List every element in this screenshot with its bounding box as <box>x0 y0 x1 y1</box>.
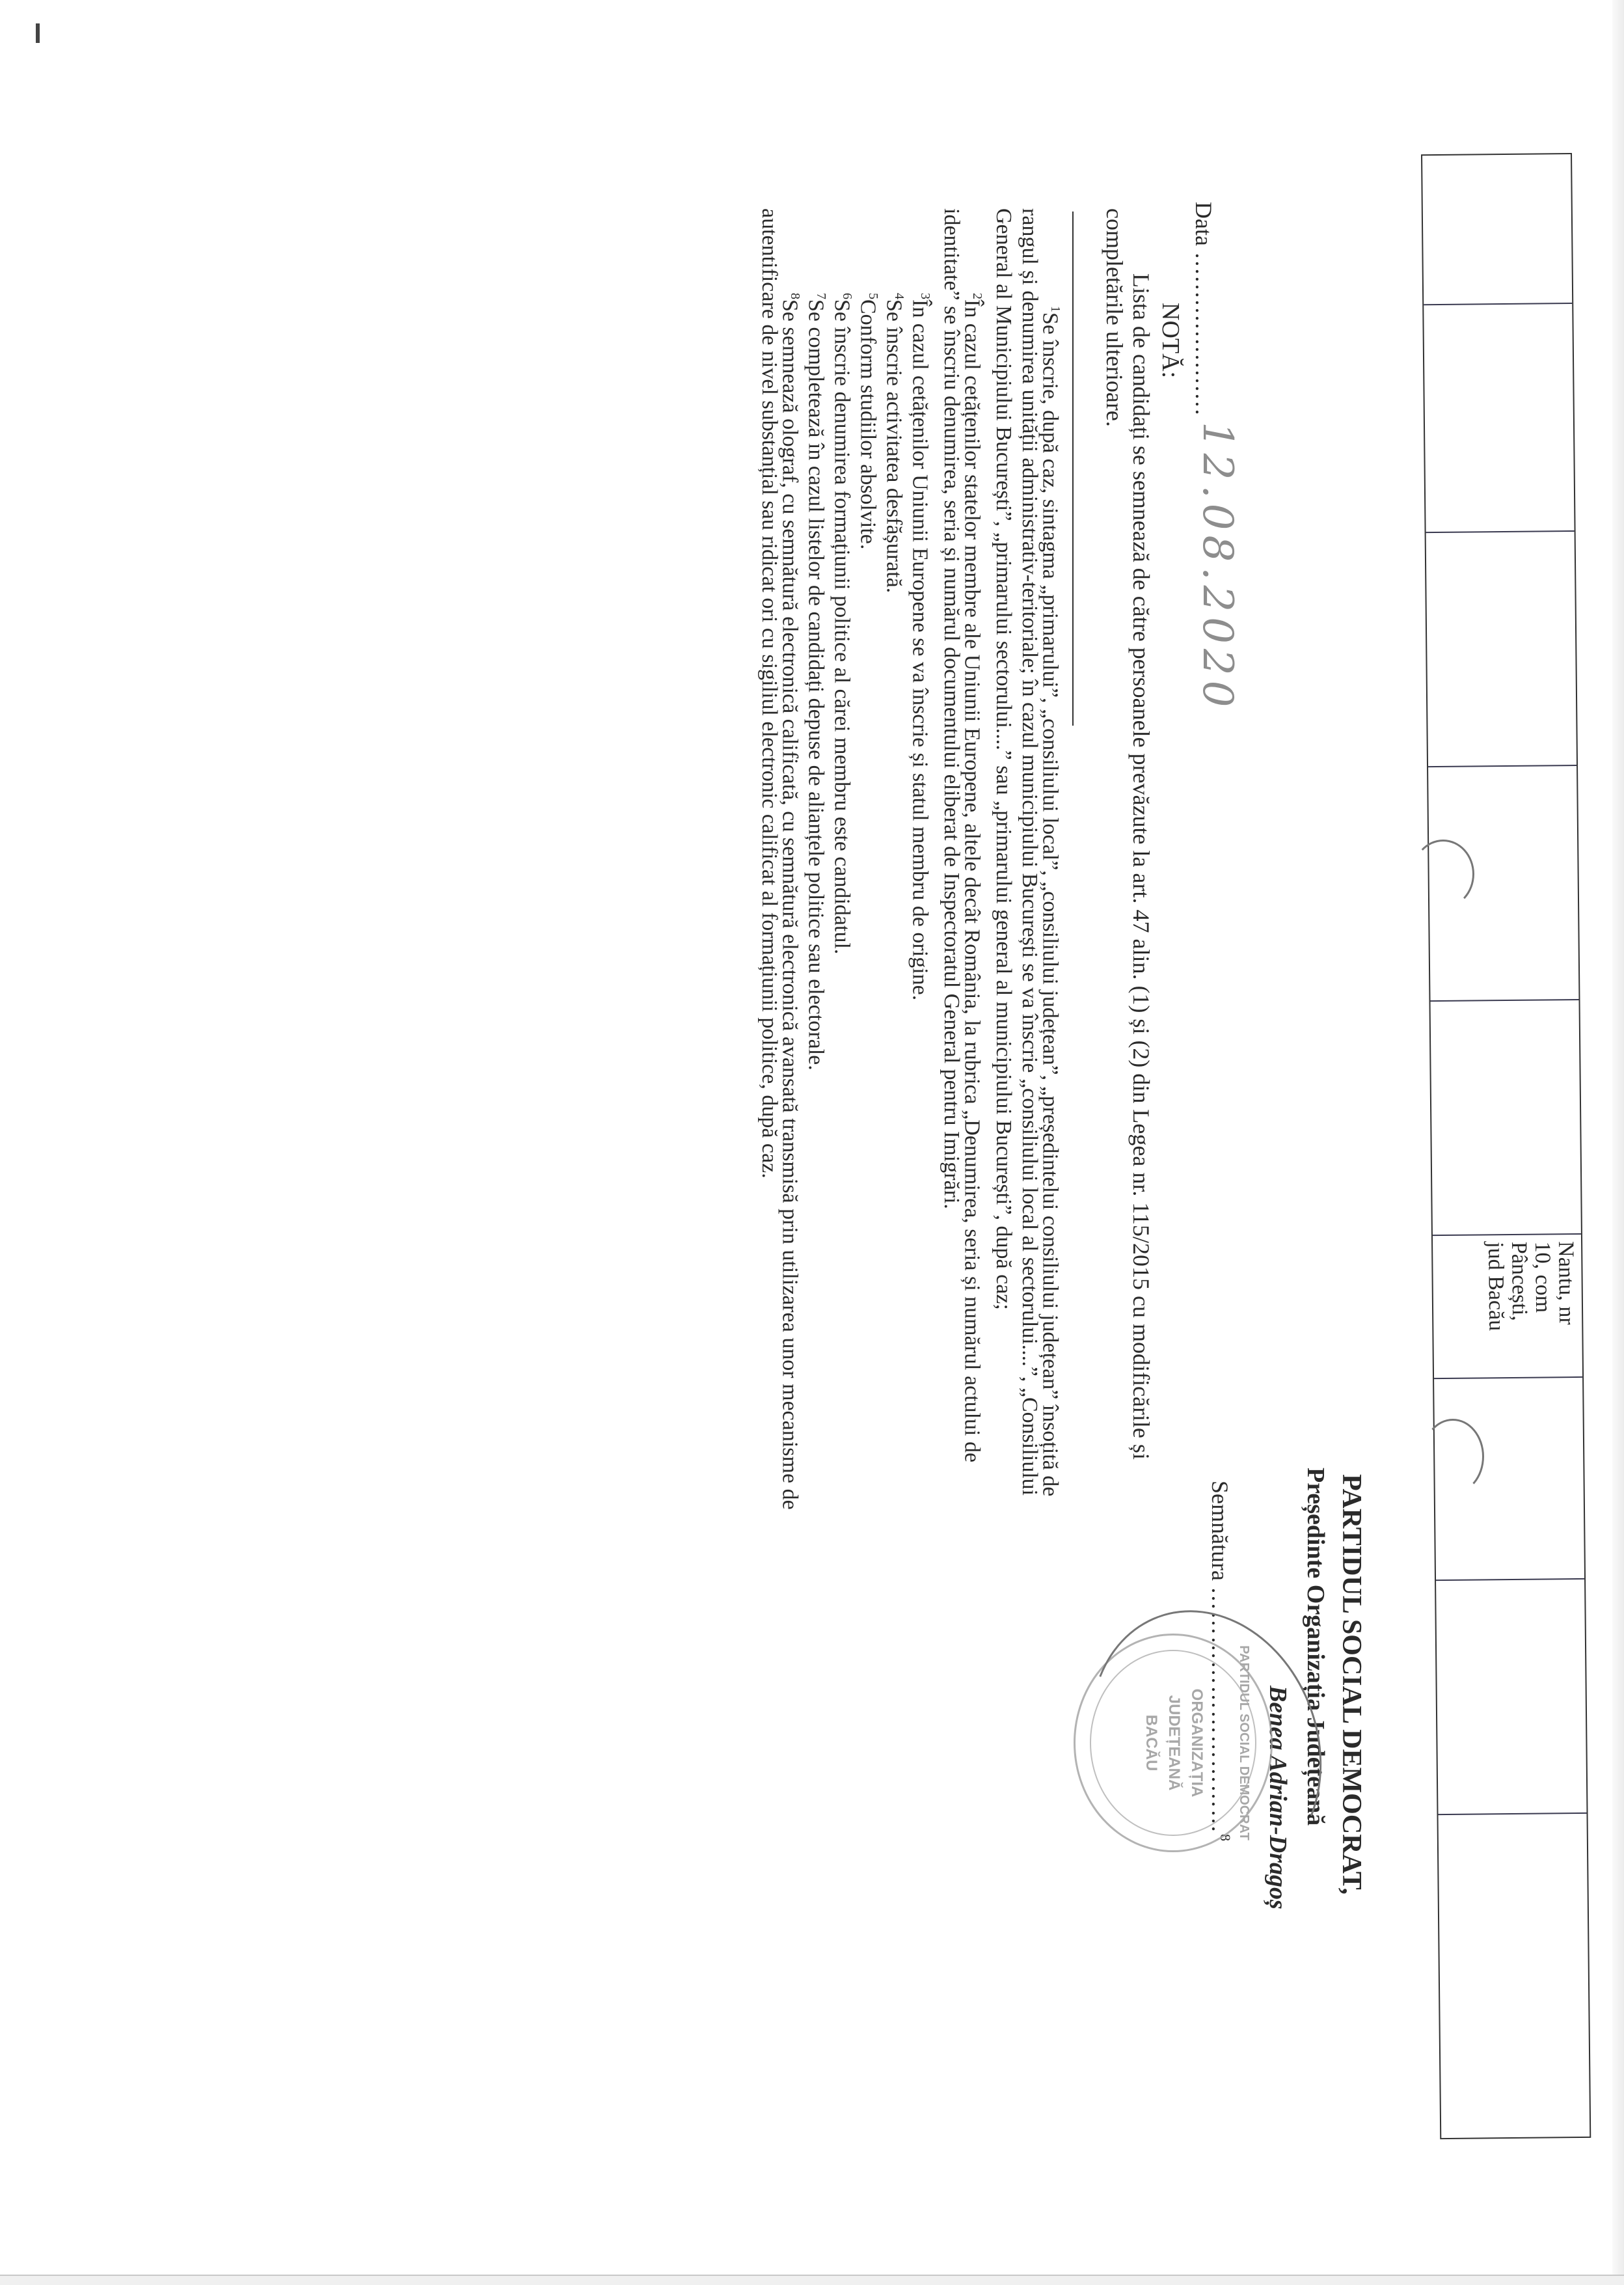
footnote-5: 5Conform studiilor absolvite. <box>856 293 886 549</box>
table-cell <box>1436 1580 1586 1815</box>
footnote-separator <box>1072 212 1074 726</box>
address-line: 10, com <box>1530 1241 1555 1370</box>
note-title: NOTĂ: <box>1156 303 1185 378</box>
table-cell <box>1439 1814 1590 2138</box>
footnote-2-cont: identitate” se înscriu denumirea, seria … <box>939 208 964 1209</box>
footnote-3: 3În cazul cetățenilor Uniunii Europene s… <box>908 293 938 1000</box>
footnote-2: 2În cazul cetățenilor statelor membre al… <box>960 293 990 1462</box>
rotated-document-page: Nantu, nr 10, com Pâncești, jud Bacău PA… <box>0 0 1624 2285</box>
address-line: Nantu, nr <box>1554 1241 1578 1370</box>
party-name: PARTIDUL SOCIAL DEMOCRAT, <box>1336 1474 1367 1895</box>
date-line: Data ………………… 12.08.2020 <box>1185 202 1234 712</box>
address-line: jud Bacău <box>1483 1242 1508 1371</box>
address-line: Pâncești, <box>1507 1242 1532 1371</box>
date-value-handwritten: 12.08.2020 <box>1193 422 1241 712</box>
footnote-4: 4Se înscrie activitatea desfășurată. <box>882 293 912 593</box>
table-cell <box>1431 1000 1581 1236</box>
date-label: Data <box>1191 202 1217 246</box>
table-cell <box>1422 154 1572 305</box>
note-text: Lista de candidați se semnează de către … <box>1128 273 1154 1460</box>
signature-mark <box>1412 840 1474 909</box>
date-dots: ………………… <box>1191 252 1217 416</box>
footnote-1-cont: rangul și denumirea unității administrat… <box>1017 208 1042 1496</box>
signature-mark <box>1422 1419 1484 1494</box>
candidate-table-remnant: Nantu, nr 10, com Pâncești, jud Bacău <box>1421 153 1591 2139</box>
note-text: completările ulterioare. <box>1102 208 1128 427</box>
signature-label: Semnătura <box>1207 1481 1233 1581</box>
table-cell <box>1426 532 1577 767</box>
table-cell <box>1424 304 1574 533</box>
footnote-8: 8Se semnează olograf, cu semnătură elect… <box>778 293 807 1510</box>
address-cell: Nantu, nr 10, com Pâncești, jud Bacău <box>1433 1235 1582 1379</box>
footnote-1-cont: General al Municipiului București”, „pri… <box>991 208 1016 1310</box>
footnote-6: 6Se înscrie denumirea formațiunii politi… <box>830 293 859 954</box>
footnote-8-cont: autentificare de nivel substanțial sau r… <box>757 208 781 1179</box>
footnote-7: 7Se completează în cazul listelor de can… <box>804 293 833 1071</box>
footnote-1: 1Se înscrie, după caz, sintagma „primaru… <box>1038 306 1068 1496</box>
